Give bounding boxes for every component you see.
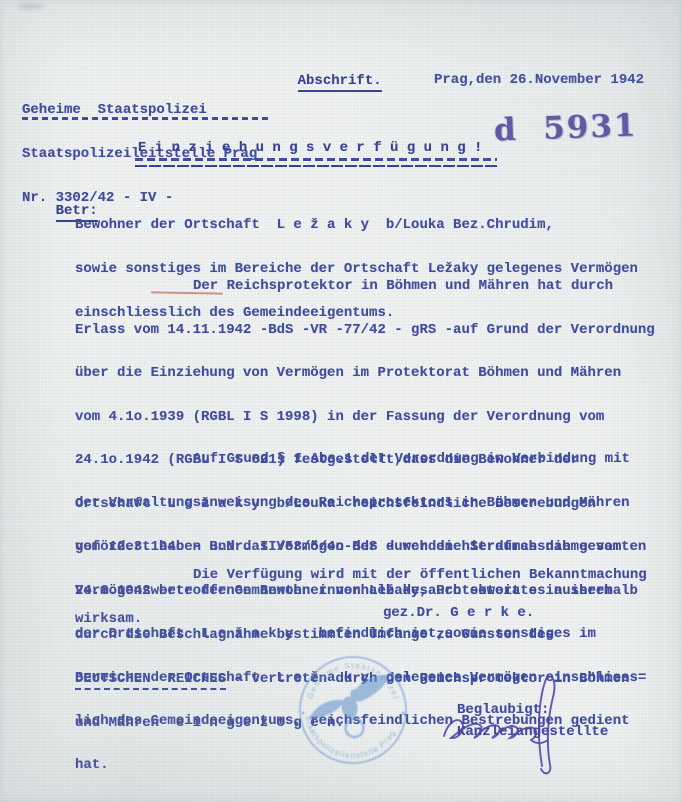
document-title: E i n z i e h u n g s v e r f ü g u n g … <box>138 141 482 156</box>
body-line: vom 4.1o.1939 (RGBL I S 1998) in der Fas… <box>75 410 655 425</box>
dateline: Prag,den 26.November 1942 <box>434 73 644 88</box>
file-number-stamp: d 5931 <box>493 108 638 149</box>
stamp-dot-right <box>402 712 405 715</box>
subject-line: Bewohner der Ortschaft L e ž a k y b/Lou… <box>75 218 638 233</box>
stamp-dot-left <box>302 712 305 715</box>
title-underline-row-1 <box>135 158 497 161</box>
body-line: der Verwaltungsanweisung des Reichsprote… <box>75 496 646 511</box>
eagle-seal-stamp: Geheime Staatspolizei Staatspolizeileits… <box>294 651 412 769</box>
sender-line-1: Geheime Staatspolizei <box>22 103 257 118</box>
scanned-document-page: Abschrift. Geheime Staatspolizei Staatsp… <box>0 0 682 802</box>
copy-label-text: Abschrift. <box>298 73 382 92</box>
signed-by-line: gez.Dr. G e r k e. <box>383 606 534 621</box>
body-line: Die Verfügung wird mit der öffentlichen … <box>75 568 647 583</box>
title-underline-row-2 <box>135 165 497 168</box>
emphasized-text: DEUTSCHEN REICHES <box>75 671 226 690</box>
paragraph-3: Die Verfügung wird mit der öffentlichen … <box>75 539 647 656</box>
file-number-underline <box>22 117 270 120</box>
body-line: Erlass vom 14.11.1942 -BdS -VR -77/42 - … <box>75 323 655 338</box>
handwritten-signature <box>438 672 608 782</box>
scan-smudge <box>18 4 44 9</box>
body-line: Auf Grund § 1 Abs.1 der Verordnung in Ve… <box>75 452 646 467</box>
body-line: wirksam. <box>75 612 647 627</box>
copy-label: Abschrift. <box>264 59 382 103</box>
title-underline <box>135 158 497 167</box>
body-line: über die Einziehung von Vermögen im Prot… <box>75 366 655 381</box>
